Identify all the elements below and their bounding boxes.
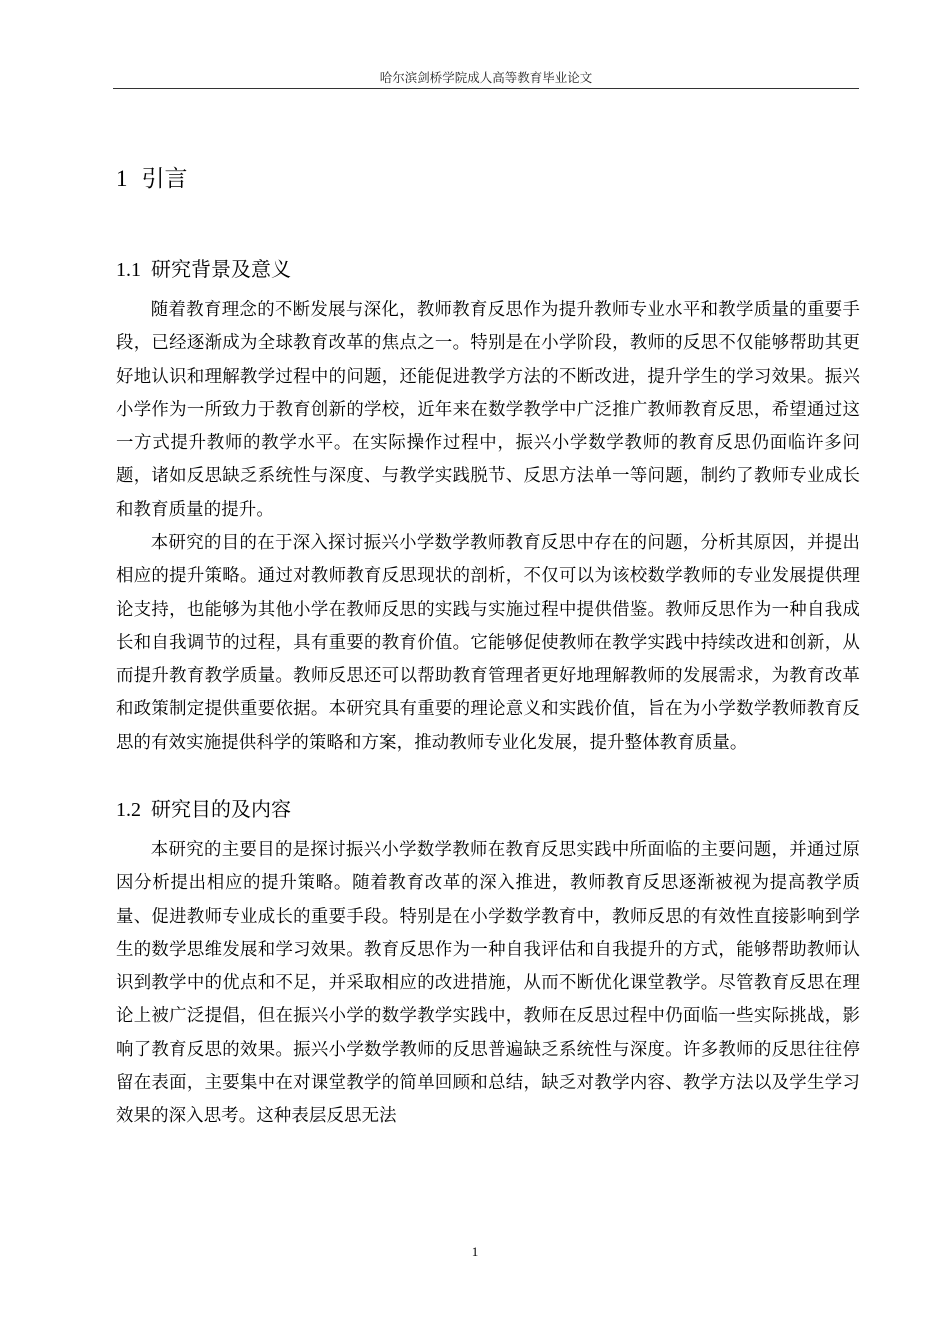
section-heading-1-1: 1.1研究背景及意义 xyxy=(116,253,291,282)
section-heading-1-2: 1.2研究目的及内容 xyxy=(116,793,291,822)
paragraph: 随着教育理念的不断发展与深化，教师教育反思作为提升教师专业水平和教学质量的重要手… xyxy=(116,294,860,527)
section-number: 1.2 xyxy=(116,799,141,821)
section-title: 研究背景及意义 xyxy=(151,257,291,281)
section-number: 1.1 xyxy=(116,259,141,281)
chapter-title: 引言 xyxy=(142,166,188,192)
page-header: 哈尔滨剑桥学院成人高等教育毕业论文 xyxy=(113,68,859,86)
paragraph: 本研究的目的在于深入探讨振兴小学数学教师教育反思中存在的问题，分析其原因，并提出… xyxy=(116,527,860,760)
chapter-heading: 1引言 xyxy=(116,160,188,193)
section-title: 研究目的及内容 xyxy=(151,797,291,821)
paragraph: 本研究的主要目的是探讨振兴小学数学教师在教育反思实践中所面临的主要问题，并通过原… xyxy=(116,834,860,1134)
page-number: 1 xyxy=(0,1244,950,1260)
header-divider xyxy=(113,88,859,89)
chapter-number: 1 xyxy=(116,166,128,191)
